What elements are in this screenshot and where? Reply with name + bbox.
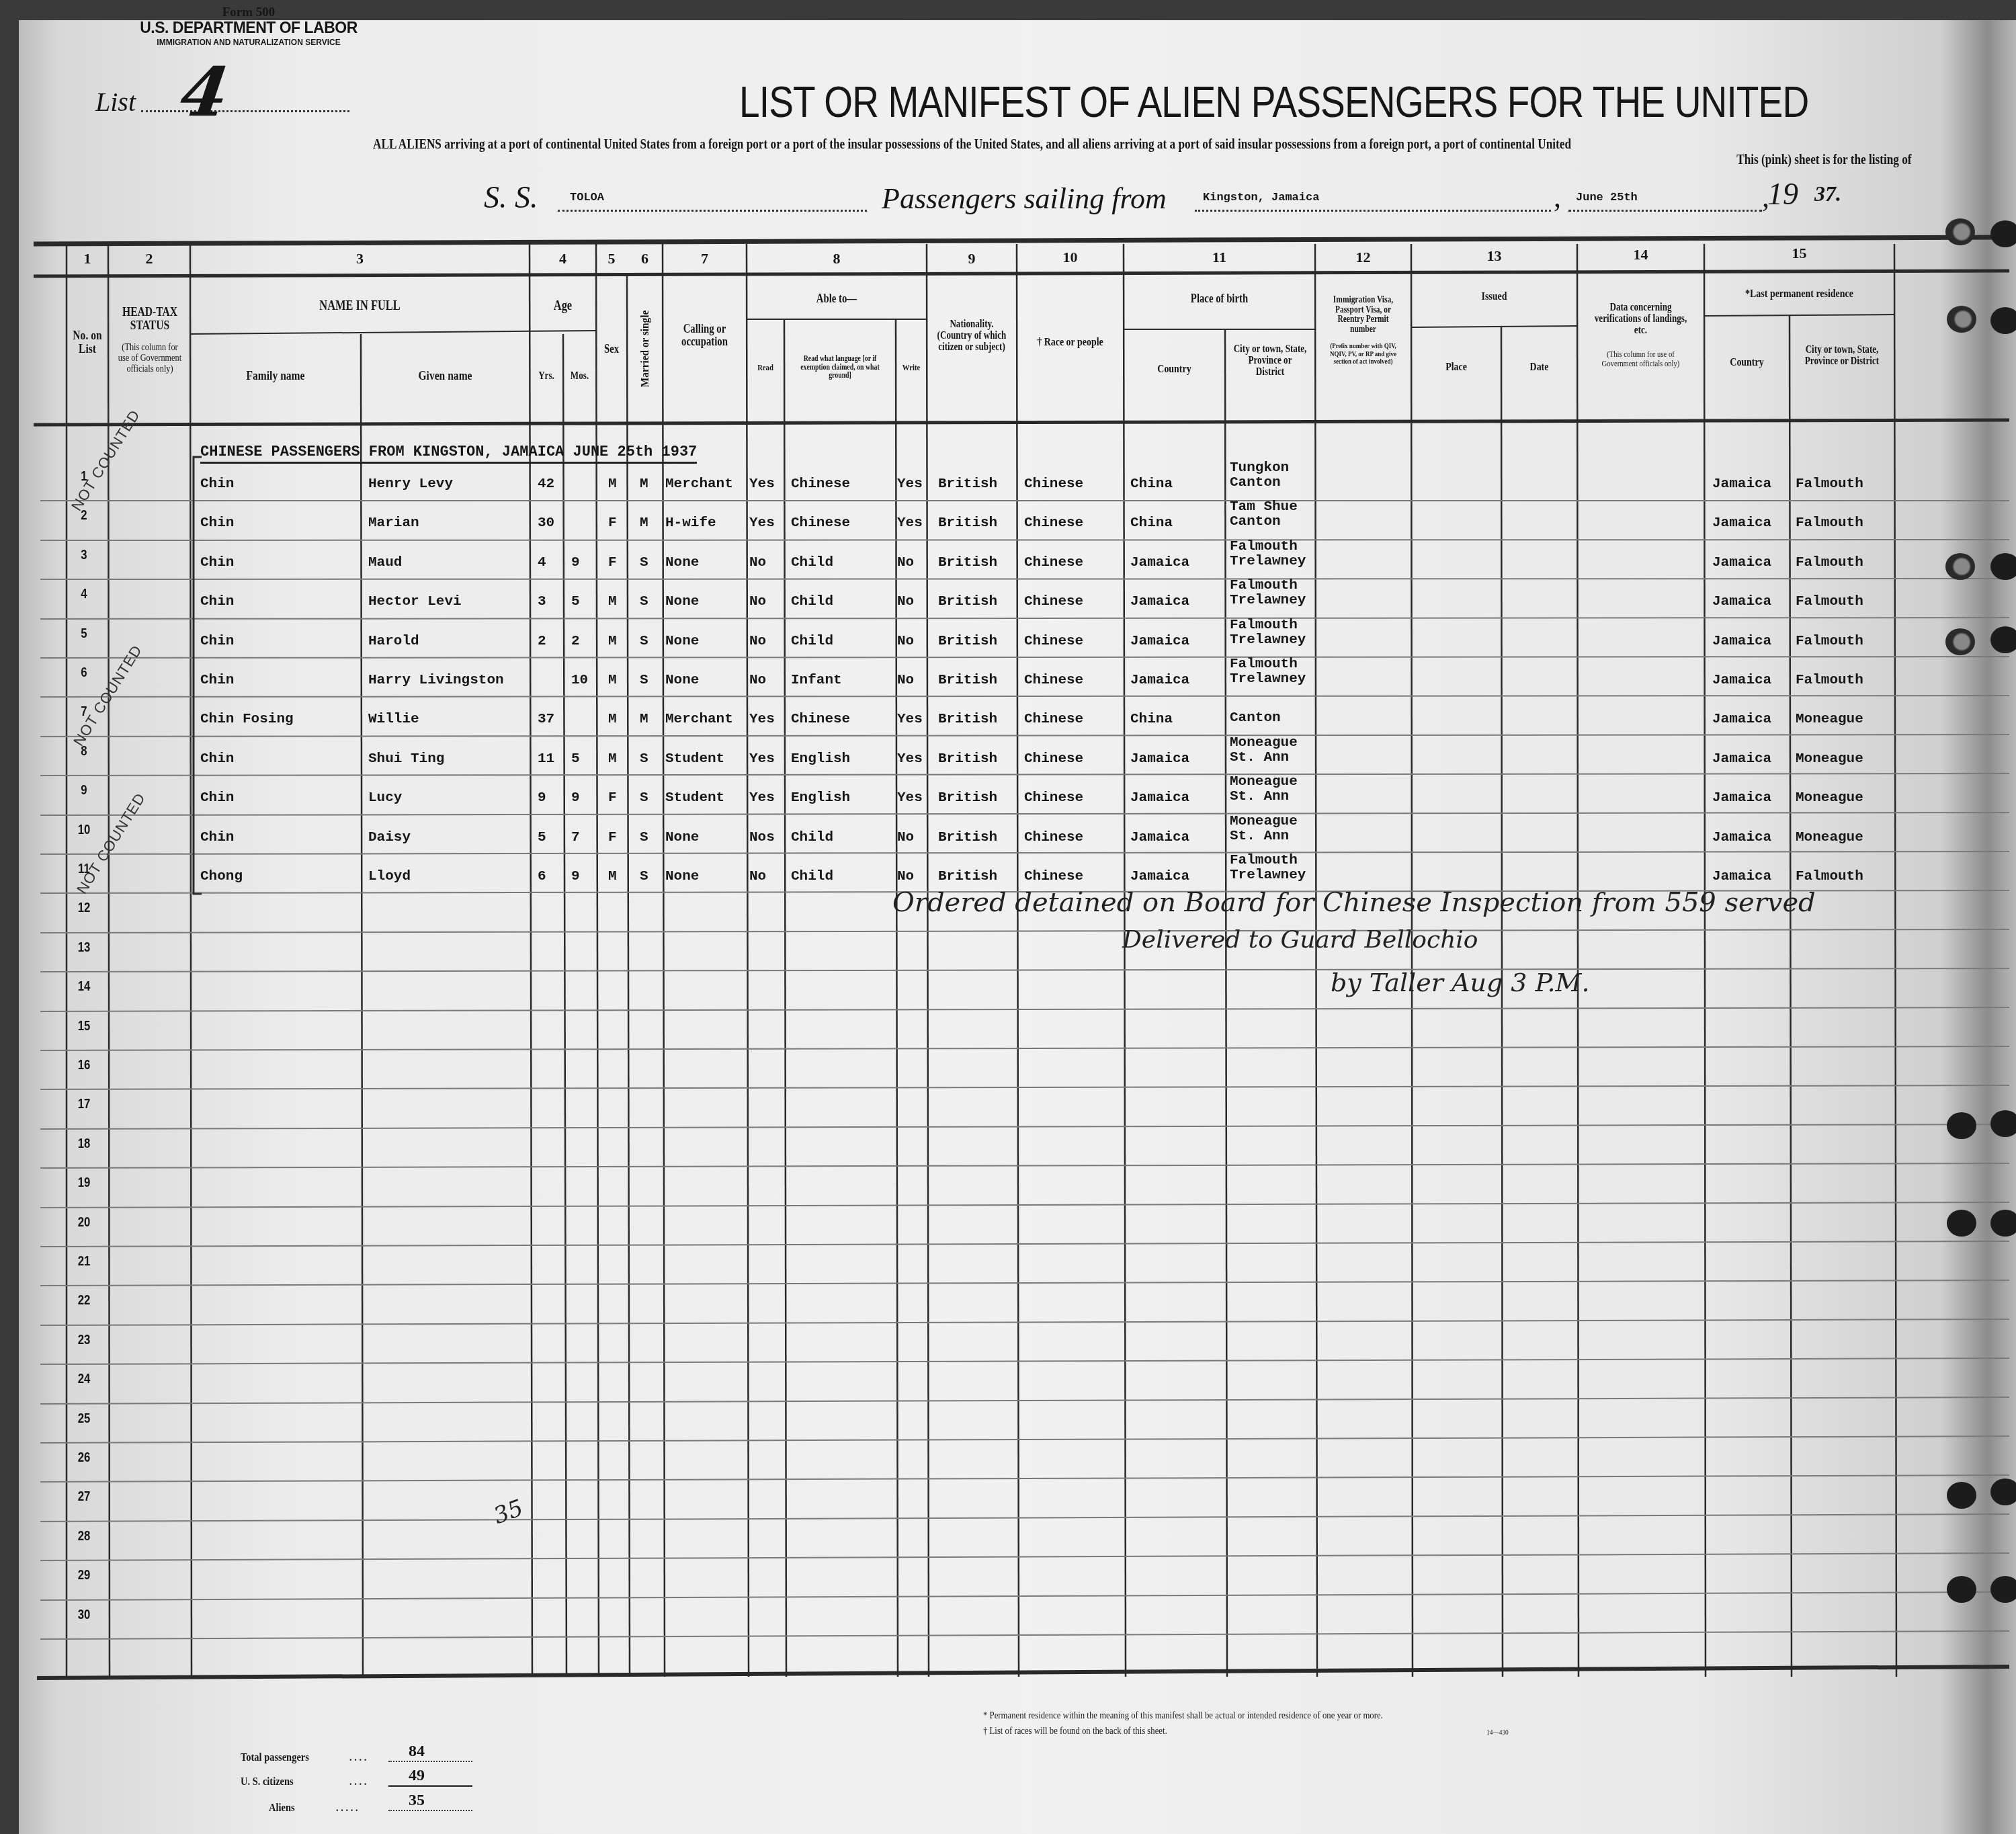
cell-race: Chinese (1024, 870, 1083, 884)
cell-res-country: Jamaica (1712, 673, 1771, 687)
cell-birth-city-line-1: Falmouth (1230, 618, 1298, 632)
row-number: 19 (73, 1175, 95, 1191)
cell-race: Chinese (1024, 712, 1083, 726)
cell-birth-city-line-2: Trelawney (1230, 672, 1306, 686)
header-family-name: Family name (206, 370, 345, 383)
header-no-on-list: No. on List (71, 329, 105, 356)
group-heading: CHINESE PASSENGERS FROM KINGSTON, JAMAIC… (200, 444, 697, 464)
binder-hole-icon (1945, 553, 1975, 580)
cell-write: No (897, 634, 914, 649)
cell-occupation: None (665, 831, 699, 845)
row-number: 13 (73, 940, 95, 956)
cell-birth-city-line-1: Falmouth (1230, 579, 1298, 593)
cell-mos: 7 (571, 831, 580, 845)
row-number: 24 (73, 1371, 95, 1387)
header-issued-date: Date (1508, 361, 1570, 373)
row-number: 12 (73, 900, 95, 916)
year-suffix: 37. (1814, 181, 1841, 206)
cell-family: Chong (200, 870, 243, 884)
cell-birth-country: Jamaica (1130, 791, 1189, 805)
total-passengers-value: 84 (388, 1743, 472, 1762)
header-age: Age (536, 299, 590, 313)
departure-date: June 25th (1576, 192, 1638, 204)
row-number: 26 (73, 1450, 95, 1466)
binder-hole-icon (1990, 1210, 2016, 1237)
cell-occupation: Merchant (665, 712, 733, 726)
cell-yrs: 11 (538, 752, 554, 766)
row-number: 17 (73, 1096, 95, 1112)
cell-birth-city-line-2: St. Ann (1230, 829, 1289, 843)
cell-res-country: Jamaica (1712, 556, 1771, 570)
subtitle-line-1: ALL ALIENS arriving at a port of contine… (373, 136, 1571, 153)
row-number: 15 (73, 1018, 95, 1034)
cell-birth-country: Jamaica (1130, 634, 1189, 649)
cell-birth-country: Jamaica (1130, 556, 1189, 570)
form-number: Form 500 (168, 5, 329, 20)
cell-birth-country: Jamaica (1130, 595, 1189, 609)
cell-yrs: 2 (538, 634, 546, 649)
cell-write: No (897, 870, 914, 884)
cell-birth-country: China (1130, 516, 1173, 530)
cell-family: Chin (200, 556, 234, 570)
list-underline (141, 110, 349, 112)
cell-language: English (791, 791, 850, 805)
cell-sex: M (608, 634, 617, 649)
cell-birth-city-line-2: St. Ann (1230, 790, 1289, 804)
handwritten-note-line-1: Ordered detained on Board for Chinese In… (892, 887, 1816, 918)
cell-res-city: Falmouth (1796, 870, 1863, 884)
form-code: 14—430 (1486, 1728, 1509, 1737)
cell-res-country: Jamaica (1712, 831, 1771, 845)
cell-res-city: Moneague (1796, 752, 1863, 766)
binder-hole-icon (1947, 1576, 1976, 1603)
col-num-6: 6 (627, 250, 663, 267)
binder-hole-icon (1990, 1110, 2016, 1137)
cell-given: Lucy (368, 791, 402, 805)
cell-given: Shui Ting (368, 752, 444, 766)
cell-yrs: 4 (538, 556, 546, 570)
cell-read: Yes (749, 477, 775, 491)
cell-occupation: None (665, 595, 699, 609)
cell-res-city: Moneague (1796, 712, 1863, 726)
manifest-sheet (19, 20, 2016, 1834)
row-number: 11 (73, 861, 95, 877)
header-sex: Sex (599, 343, 624, 356)
cell-sex: M (608, 870, 617, 884)
row-number: 14 (73, 978, 95, 995)
binder-hole-icon (1947, 1482, 1976, 1509)
row-number: 7 (73, 704, 95, 720)
cell-read: Nos (749, 831, 775, 845)
cell-nationality: British (938, 673, 997, 687)
cell-given: Harold (368, 634, 419, 649)
cell-birth-city-line-2: Trelawney (1230, 633, 1306, 647)
cell-language: Child (791, 831, 833, 845)
col-num-10: 10 (1017, 249, 1124, 266)
cell-res-country: Jamaica (1712, 791, 1771, 805)
cell-sex: M (608, 712, 617, 726)
header-read: Read (750, 363, 781, 372)
col-num-5: 5 (596, 250, 627, 267)
cell-nationality: British (938, 712, 997, 726)
cell-occupation: Student (665, 791, 724, 805)
cell-birth-country: China (1130, 712, 1173, 726)
cell-language: Chinese (791, 516, 850, 530)
cell-marital: M (640, 516, 648, 530)
cell-given: Marian (368, 516, 419, 530)
row-number: 22 (73, 1292, 95, 1308)
cell-birth-city-line-2: Canton (1230, 711, 1281, 725)
binder-hole-icon (1990, 1478, 2016, 1505)
list-label: List (95, 86, 136, 118)
row-number: 23 (73, 1332, 95, 1348)
dot-leader: . . . . (349, 1751, 366, 1764)
cell-mos: 9 (571, 791, 580, 805)
cell-marital: M (640, 712, 648, 726)
dot-leader: . . . . (349, 1775, 366, 1788)
header-residence-country: Country (1712, 356, 1781, 368)
cell-sex: F (608, 556, 617, 570)
cell-read: No (749, 870, 766, 884)
cell-res-city: Falmouth (1796, 477, 1863, 491)
header-last-residence: *Last permanent residence (1721, 288, 1877, 300)
cell-birth-city-line-1: Moneague (1230, 775, 1298, 789)
cell-read: Yes (749, 752, 775, 766)
cell-mos: 9 (571, 556, 580, 570)
col-num-12: 12 (1315, 249, 1411, 266)
header-calling: Calling or occupation (671, 323, 738, 348)
ship-underline (558, 210, 867, 212)
cell-birth-city-line-2: Trelawney (1230, 868, 1306, 882)
cell-res-country: Jamaica (1712, 870, 1771, 884)
cell-family: Chin (200, 634, 234, 649)
col-num-8: 8 (747, 250, 927, 267)
us-citizens-value: 49 (388, 1767, 472, 1787)
page-title: LIST OR MANIFEST OF ALIEN PASSENGERS FOR… (739, 77, 1808, 127)
header-read-language: Read what language [or if exemption clai… (794, 354, 886, 380)
cell-birth-country: Jamaica (1130, 831, 1189, 845)
cell-sex: F (608, 516, 617, 530)
col-num-13: 13 (1411, 247, 1577, 265)
cell-write: Yes (897, 477, 923, 491)
header-head-tax-note: (This column for use of Government offic… (117, 343, 183, 374)
cell-birth-city-line-1: Moneague (1230, 736, 1298, 750)
binder-hole-icon (1945, 628, 1975, 655)
header-birth-city: City or town, State, Province or Distric… (1233, 344, 1307, 378)
header-verifications: Data concerning verifications of landing… (1589, 302, 1693, 336)
row-number: 27 (73, 1489, 95, 1505)
binder-hole-icon (1990, 1576, 2016, 1603)
cell-res-city: Falmouth (1796, 634, 1863, 649)
cell-mos: 5 (571, 595, 580, 609)
departure-port: Kingston, Jamaica (1203, 192, 1319, 204)
cell-race: Chinese (1024, 477, 1083, 491)
cell-birth-city-line-1: Moneague (1230, 815, 1298, 829)
cell-res-country: Jamaica (1712, 595, 1771, 609)
handwritten-note-line-2: Delivered to Guard Bellochio (1122, 926, 1478, 954)
year-prefix: 19 (1767, 176, 1798, 212)
handwritten-note-line-3: by Taller Aug 3 P.M. (1331, 968, 1589, 997)
cell-given: Henry Levy (368, 477, 453, 491)
row-number: 21 (73, 1253, 95, 1269)
cell-language: Child (791, 595, 833, 609)
binder-hole-icon (1947, 1210, 1976, 1237)
cell-occupation: Student (665, 752, 724, 766)
binder-hole-icon (1947, 1112, 1976, 1139)
cell-read: No (749, 673, 766, 687)
cell-family: Chin (200, 752, 234, 766)
cell-language: Chinese (791, 477, 850, 491)
col-num-14: 14 (1577, 246, 1704, 263)
header-race: † Race or people (1026, 336, 1114, 348)
col-num-2: 2 (108, 250, 190, 267)
cell-read: Yes (749, 791, 775, 805)
ship-name: TOLOA (570, 192, 604, 204)
cell-sex: M (608, 477, 617, 491)
cell-write: Yes (897, 516, 923, 530)
row-number: 3 (73, 547, 95, 563)
header-issued: Issued (1426, 290, 1562, 302)
cell-language: Child (791, 634, 833, 649)
cell-res-city: Falmouth (1796, 516, 1863, 530)
cell-sex: M (608, 673, 617, 687)
cell-marital: S (640, 831, 648, 845)
col-num-3: 3 (190, 250, 530, 267)
comma: , (1554, 180, 1561, 214)
cell-nationality: British (938, 752, 997, 766)
cell-res-city: Moneague (1796, 831, 1863, 845)
cell-yrs: 30 (538, 516, 554, 530)
cell-family: Chin (200, 831, 234, 845)
date-underline (1568, 210, 1762, 212)
cell-marital: S (640, 870, 648, 884)
cell-occupation: None (665, 870, 699, 884)
us-citizens-label: U. S. citizens (241, 1775, 294, 1788)
cell-race: Chinese (1024, 634, 1083, 649)
cell-mos: 10 (571, 673, 588, 687)
cell-birth-city-line-2: Trelawney (1230, 554, 1306, 569)
header-age-yrs: Yrs. (533, 371, 560, 382)
cell-yrs: 5 (538, 831, 546, 845)
header-head-tax: HEAD-TAX STATUS (117, 306, 183, 333)
cell-yrs: 42 (538, 477, 554, 491)
row-number: 30 (73, 1607, 95, 1623)
cell-write: No (897, 673, 914, 687)
cell-read: No (749, 595, 766, 609)
cell-race: Chinese (1024, 516, 1083, 530)
cell-birth-country: Jamaica (1130, 870, 1189, 884)
port-underline (1195, 210, 1551, 212)
cell-sex: M (608, 752, 617, 766)
dot-leader: . . . . . (336, 1801, 358, 1815)
service-name: IMMIGRATION AND NATURALIZATION SERVICE (114, 38, 383, 47)
cell-mos: 2 (571, 634, 580, 649)
header-name-in-full: NAME IN FULL (220, 299, 499, 313)
cell-res-city: Moneague (1796, 791, 1863, 805)
header-nationality: Nationality. (Country of which citizen o… (935, 319, 1009, 353)
header-given-name: Given name (376, 370, 515, 383)
row-number: 2 (73, 507, 95, 524)
row-number: 28 (73, 1528, 95, 1544)
binder-hole-icon (1945, 218, 1975, 245)
cell-yrs: 37 (538, 712, 554, 726)
cell-nationality: British (938, 870, 997, 884)
row-number: 25 (73, 1411, 95, 1427)
cell-family: Chin (200, 791, 234, 805)
header-able-to: Able to— (763, 292, 911, 305)
cell-res-country: Jamaica (1712, 634, 1771, 649)
col-num-1: 1 (67, 250, 108, 267)
cell-res-city: Falmouth (1796, 595, 1863, 609)
cell-yrs: 6 (538, 870, 546, 884)
cell-language: Child (791, 556, 833, 570)
cell-race: Chinese (1024, 673, 1083, 687)
cell-race: Chinese (1024, 556, 1083, 570)
department-name: U.S. DEPARTMENT OF LABOR (108, 19, 390, 37)
header-write: Write (898, 363, 924, 372)
cell-marital: S (640, 673, 648, 687)
row-number: 10 (73, 822, 95, 838)
cell-birth-country: Jamaica (1130, 673, 1189, 687)
ship-label: S. S. (484, 179, 538, 215)
header-visa: Immigration Visa, Passport Visa, or Reen… (1324, 296, 1402, 335)
cell-occupation: None (665, 673, 699, 687)
row-number: 16 (73, 1057, 95, 1073)
row-number: 9 (73, 782, 95, 798)
cell-family: Chin Fosing (200, 712, 294, 726)
row-number: 20 (73, 1214, 95, 1231)
cell-language: English (791, 752, 850, 766)
cell-family: Chin (200, 673, 234, 687)
header-visa-note: (Prefix number with QIV, NQIV, PV, or RP… (1324, 343, 1402, 366)
binder-hole-icon (1990, 307, 2016, 334)
row-number: 29 (73, 1567, 95, 1583)
total-passengers-label: Total passengers (241, 1751, 309, 1764)
cell-marital: S (640, 634, 648, 649)
cell-read: No (749, 634, 766, 649)
binder-hole-icon (1990, 626, 2016, 653)
cell-nationality: British (938, 516, 997, 530)
cell-occupation: None (665, 634, 699, 649)
cell-nationality: British (938, 634, 997, 649)
cell-res-city: Falmouth (1796, 556, 1863, 570)
cell-race: Chinese (1024, 791, 1083, 805)
cell-write: No (897, 831, 914, 845)
cell-race: Chinese (1024, 752, 1083, 766)
cell-res-country: Jamaica (1712, 516, 1771, 530)
cell-birth-country: China (1130, 477, 1173, 491)
cell-family: Chin (200, 595, 234, 609)
cell-read: Yes (749, 516, 775, 530)
cell-occupation: None (665, 556, 699, 570)
cell-res-country: Jamaica (1712, 752, 1771, 766)
cell-write: Yes (897, 712, 923, 726)
cell-write: Yes (897, 791, 923, 805)
cell-given: Willie (368, 712, 419, 726)
aliens-value: 35 (388, 1792, 472, 1811)
col-num-9: 9 (927, 250, 1017, 267)
cell-mos: 5 (571, 752, 580, 766)
footnote-races: † List of races will be found on the bac… (983, 1726, 1167, 1737)
row-number: 18 (73, 1136, 95, 1152)
cell-marital: S (640, 595, 648, 609)
cell-race: Chinese (1024, 595, 1083, 609)
cell-birth-city-line-1: Falmouth (1230, 540, 1298, 554)
col-num-4: 4 (530, 250, 596, 267)
cell-sex: F (608, 831, 617, 845)
cell-marital: M (640, 477, 648, 491)
header-verifications-note: (This column for use of Government offic… (1589, 349, 1693, 368)
header-birth-country: Country (1133, 363, 1216, 375)
cell-given: Hector Levi (368, 595, 462, 609)
cell-res-country: Jamaica (1712, 712, 1771, 726)
row-number: 8 (73, 743, 95, 759)
row-number: 1 (73, 468, 95, 485)
header-place-of-birth: Place of birth (1141, 292, 1298, 305)
header-residence-city: City or town, State, Province or Distric… (1799, 345, 1885, 368)
cell-sex: M (608, 595, 617, 609)
cell-nationality: British (938, 791, 997, 805)
cell-family: Chin (200, 516, 234, 530)
header-age-mos: Mos. (566, 371, 593, 382)
cell-birth-city-line-2: Trelawney (1230, 593, 1306, 608)
cell-family: Chin (200, 477, 234, 491)
cell-mos: 9 (571, 870, 580, 884)
cell-nationality: British (938, 595, 997, 609)
cell-nationality: British (938, 556, 997, 570)
cell-occupation: Merchant (665, 477, 733, 491)
row-number: 5 (73, 626, 95, 642)
header-issued-place: Place (1419, 361, 1493, 373)
binder-hole-icon (1990, 553, 2016, 580)
cell-yrs: 9 (538, 791, 546, 805)
cell-birth-city-line-2: Canton (1230, 476, 1281, 490)
cell-given: Daisy (368, 831, 411, 845)
cell-birth-city-line-1: Falmouth (1230, 853, 1298, 868)
cell-language: Chinese (791, 712, 850, 726)
cell-birth-city-line-1: Tungkon (1230, 461, 1289, 475)
cell-read: No (749, 556, 766, 570)
cell-given: Maud (368, 556, 402, 570)
aliens-label: Aliens (269, 1801, 295, 1815)
cell-write: No (897, 556, 914, 570)
cell-marital: S (640, 752, 648, 766)
cell-nationality: British (938, 477, 997, 491)
cell-marital: S (640, 556, 648, 570)
footnote-residence: * Permanent residence within the meaning… (983, 1710, 1383, 1722)
subtitle-line-2: This (pink) sheet is for the listing of (1737, 151, 1912, 168)
cell-given: Harry Livingston (368, 673, 504, 687)
col-num-11: 11 (1124, 249, 1315, 266)
cell-occupation: H-wife (665, 516, 716, 530)
header-married-single: Married or single (639, 300, 651, 397)
cell-nationality: British (938, 831, 997, 845)
cell-write: Yes (897, 752, 923, 766)
col-num-7: 7 (663, 250, 747, 267)
cell-birth-city-line-1: Tam Shue (1230, 500, 1298, 514)
row-number: 4 (73, 586, 95, 602)
row-number: 6 (73, 665, 95, 681)
cell-birth-country: Jamaica (1130, 752, 1189, 766)
cell-race: Chinese (1024, 831, 1083, 845)
cell-language: Child (791, 870, 833, 884)
cell-birth-city-line-2: St. Ann (1230, 751, 1289, 765)
col-num-15: 15 (1704, 245, 1894, 262)
cell-birth-city-line-1: Falmouth (1230, 657, 1298, 671)
cell-read: Yes (749, 712, 775, 726)
cell-res-city: Falmouth (1796, 673, 1863, 687)
cell-given: Lloyd (368, 870, 411, 884)
